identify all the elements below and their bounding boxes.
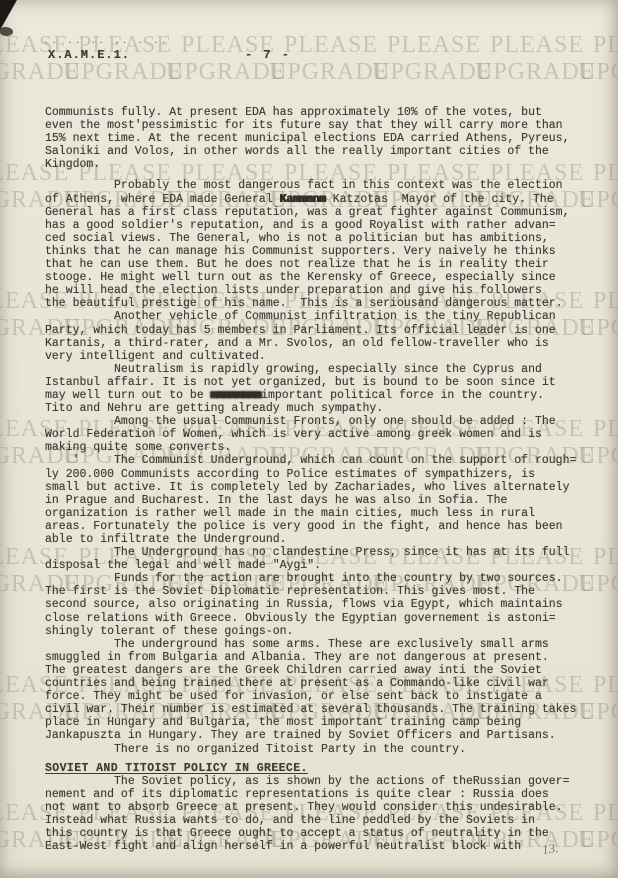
typewritten-line: Party, which today has 5 members in Parl… [45,324,600,337]
typewritten-line: ' The Communist Underground, which can c… [45,454,600,467]
text-segment: ly 200.000 Communists according to Polic… [45,468,535,481]
typewritten-line: thinks that he can manage his Communist … [45,245,600,258]
typewritten-line: Istanbul affair. It is not yet organized… [45,376,600,389]
typewritten-line: The Soviet policy, as is shown by the ac… [45,775,600,788]
typewritten-line: East-West fight and align herself in a p… [45,840,600,853]
text-segment: civil war. Their number is estimated at … [45,703,576,716]
text-segment: Kartanis, a third-rater, and a Mr. Svolo… [45,337,549,350]
text-segment: even the most'pessimistic for its future… [45,119,563,132]
typewritten-line: organization is rather well made in the … [45,507,600,520]
text-segment: important political force in the country… [261,389,544,402]
text-segment: that he can use them. But he does not re… [45,258,549,271]
typewritten-line: close relations with Greece. Obviously t… [45,612,600,625]
typewritten-line: that he can use them. But he does not re… [45,258,600,271]
text-segment: ced social views. The General, who is no… [45,232,549,245]
typewritten-line: in Prague and Bucharest. In the last day… [45,494,600,507]
text-segment: countries and being trained there at pre… [45,677,549,690]
typewritten-line: countries and being trained there at pre… [45,677,600,690]
typewritten-line: General has a first class reputation, wa… [45,206,600,219]
typewritten-line: force. They might be used for invasion, … [45,690,600,703]
text-segment: Probably the most dangerous fact in this… [45,179,563,192]
text-segment: small but active. It is completely led b… [45,481,570,494]
text-segment: Katzotas Mayor of the city. The [326,193,554,206]
struck-out-word: Kammmnm [280,193,326,206]
text-segment: very intelligent and cultivated. [45,350,266,363]
text-segment: the beautiful prestige of his name. This… [45,297,563,310]
typewritten-line: Another vehicle of Communist infiltratio… [45,310,600,323]
text-segment: Party, which today has 5 members in Parl… [45,324,556,337]
text-segment: shingly tolerant of these goings-on. [45,625,293,638]
typewritten-line: There is no organized Titoist Party in t… [45,743,600,756]
typewritten-line: disposal the legal and well made "Aygi". [45,559,600,572]
document-content: X.A.M.E.1. - 7 - Communists fully. At pr… [0,0,618,878]
text-segment: Funds for the action are brought into th… [45,572,563,585]
text-segment: The Soviet policy, as is shown by the ac… [45,775,570,788]
typewritten-line: Neutralism is rapidly growing, especiall… [45,363,600,376]
typewritten-line: Among the usual Communist Fronts, only o… [45,415,600,428]
typewritten-line: shingly tolerant of these goings-on. [45,625,600,638]
text-segment: may well turn out to be [45,389,211,402]
text-segment: The Underground has no clandestine Press… [45,546,570,559]
typewritten-line: The Underground has no clandestine Press… [45,546,600,559]
typewritten-line: making quite some converts. [45,441,600,454]
typewritten-line: second source, also originating in Russi… [45,598,600,611]
text-segment: disposal the legal and well made "Aygi". [45,559,321,572]
text-segment: he will head the election lists under pr… [45,284,542,297]
text-segment: Saloniki and Volos, in other words all t… [45,145,549,158]
text-segment: of Athens, where EDA made General [45,193,280,206]
text-segment: areas. Fortunately the police is very go… [45,520,563,533]
typewritten-line: 15% next time. At the recent municipal e… [45,132,600,145]
typewritten-line: may well turn out to be mmmmmmmmimportan… [45,389,600,402]
text-segment: East-West fight and align herself in a p… [45,840,521,853]
text-segment: World Federation of Women, which is very… [45,428,542,441]
text-segment: The underground has some arms. These are… [45,638,549,651]
typewritten-line: smuggled in from Bulgaria and Albania. T… [45,651,600,664]
typewritten-line: ced social views. The General, who is no… [45,232,600,245]
text-segment: making quite some converts. [45,441,231,454]
text-segment: in Prague and Bucharest. In the last day… [45,494,507,507]
typewritten-line: civil war. Their number is estimated at … [45,703,600,716]
text-segment: Among the usual Communist Fronts, only o… [45,415,556,428]
text-segment: has a good soldier's reputation, and is … [45,219,556,232]
page-number: - 7 - [245,48,291,62]
typewritten-line: small but active. It is completely led b… [45,481,600,494]
typewritten-line: has a good soldier's reputation, and is … [45,219,600,232]
text-segment: General has a first class reputation, wa… [45,206,570,219]
typewritten-line: World Federation of Women, which is very… [45,428,600,441]
typewritten-line: the beautiful prestige of his name. This… [45,297,600,310]
text-segment: Another vehicle of Communist infiltratio… [45,310,556,323]
typewritten-line: ly 200.000 Communists according to Polic… [45,468,600,481]
text-segment: The first is the Soviet Diplomatic repre… [45,585,535,598]
text-segment: The greatest dangers are the Greek Child… [45,664,542,677]
typewritten-line: place in Hungary and Bulgaria, the most … [45,716,600,729]
text-segment: this country is that Greece ought to acc… [45,827,549,840]
text-segment: Instead what Russia wants to do, and the… [45,814,535,827]
section-heading-text: SOVIET AND TITOIST POLICY IN GREECE. [45,762,308,775]
typewritten-line: not want to absorb Greece at present. Th… [45,801,600,814]
typewritten-line: The greatest dangers are the Greek Child… [45,664,600,677]
typewritten-line: Tito and Nehru are getting already much … [45,402,600,415]
text-segment: place in Hungary and Bulgaria, the most … [45,716,521,729]
text-segment: able to infiltrate the Underground. [45,533,287,546]
text-segment: Neutralism is rapidly growing, especiall… [45,363,542,376]
text-segment: second source, also originating in Russi… [45,598,563,611]
screenshot-root: { "document": { "reference": "X.A.M.E.1.… [0,0,618,878]
text-segment: 15% next time. At the recent municipal e… [45,132,570,145]
typewritten-line: Communists fully. At present EDA has app… [45,106,600,119]
document-reference: X.A.M.E.1. [48,48,130,62]
typewritten-line: he will head the election lists under pr… [45,284,600,297]
text-segment: nement and of its diplomatic representat… [45,788,549,801]
handwritten-page-note: 13. [541,840,560,858]
scanned-page: PLEASEPLEASEPLEASEPLEASEPLEASEPLEASEPLEA… [0,0,618,878]
typewritten-line: Funds for the action are brought into th… [45,572,600,585]
typewritten-line: areas. Fortunately the police is very go… [45,520,600,533]
typewritten-line: The underground has some arms. These are… [45,638,600,651]
text-segment: Communists fully. At present EDA has app… [45,106,542,119]
text-segment: force. They might be used for invasion, … [45,690,542,703]
paragraph-spacer [45,171,600,179]
text-segment: ' The Communist Underground, which can c… [45,454,576,467]
text-segment: Kingdom. [45,158,100,171]
text-segment: smuggled in from Bulgaria and Albania. T… [45,651,549,664]
typewritten-line: of Athens, where EDA made General Kammmn… [45,193,600,206]
text-segment: Jankapuszta in Hungary. They are trained… [45,729,556,742]
text-segment: Istanbul affair. It is not yet organized… [45,376,556,389]
text-segment: organization is rather well made in the … [45,507,535,520]
text-segment: not want to absorb Greece at present. Th… [45,801,563,814]
typewritten-line: Probably the most dangerous fact in this… [45,179,600,192]
text-segment: There is no organized Titoist Party in t… [45,743,466,756]
text-segment: stooge. He might well turn out as the Ke… [45,271,556,284]
text-segment: close relations with Greece. Obviously t… [45,612,556,625]
text-segment: thinks that he can manage his Communist … [45,245,556,258]
typewritten-line: stooge. He might well turn out as the Ke… [45,271,600,284]
typewritten-line: even the most'pessimistic for its future… [45,119,600,132]
blotted-out-word: mmmmmmmm [211,389,261,402]
typewritten-line: nement and of its diplomatic representat… [45,788,600,801]
section-heading: SOVIET AND TITOIST POLICY IN GREECE. [45,762,600,775]
typewritten-line: this country is that Greece ought to acc… [45,827,600,840]
typewritten-line: Instead what Russia wants to do, and the… [45,814,600,827]
typewritten-line: able to infiltrate the Underground. [45,533,600,546]
typewritten-line: Saloniki and Volos, in other words all t… [45,145,600,158]
typewritten-line: The first is the Soviet Diplomatic repre… [45,585,600,598]
text-segment: Tito and Nehru are getting already much … [45,402,383,415]
typewritten-line: Kingdom. [45,158,600,171]
typewritten-line: Kartanis, a third-rater, and a Mr. Svolo… [45,337,600,350]
typewritten-line: very intelligent and cultivated. [45,350,600,363]
typewritten-line: Jankapuszta in Hungary. They are trained… [45,729,600,742]
document-body: Communists fully. At present EDA has app… [45,106,600,853]
